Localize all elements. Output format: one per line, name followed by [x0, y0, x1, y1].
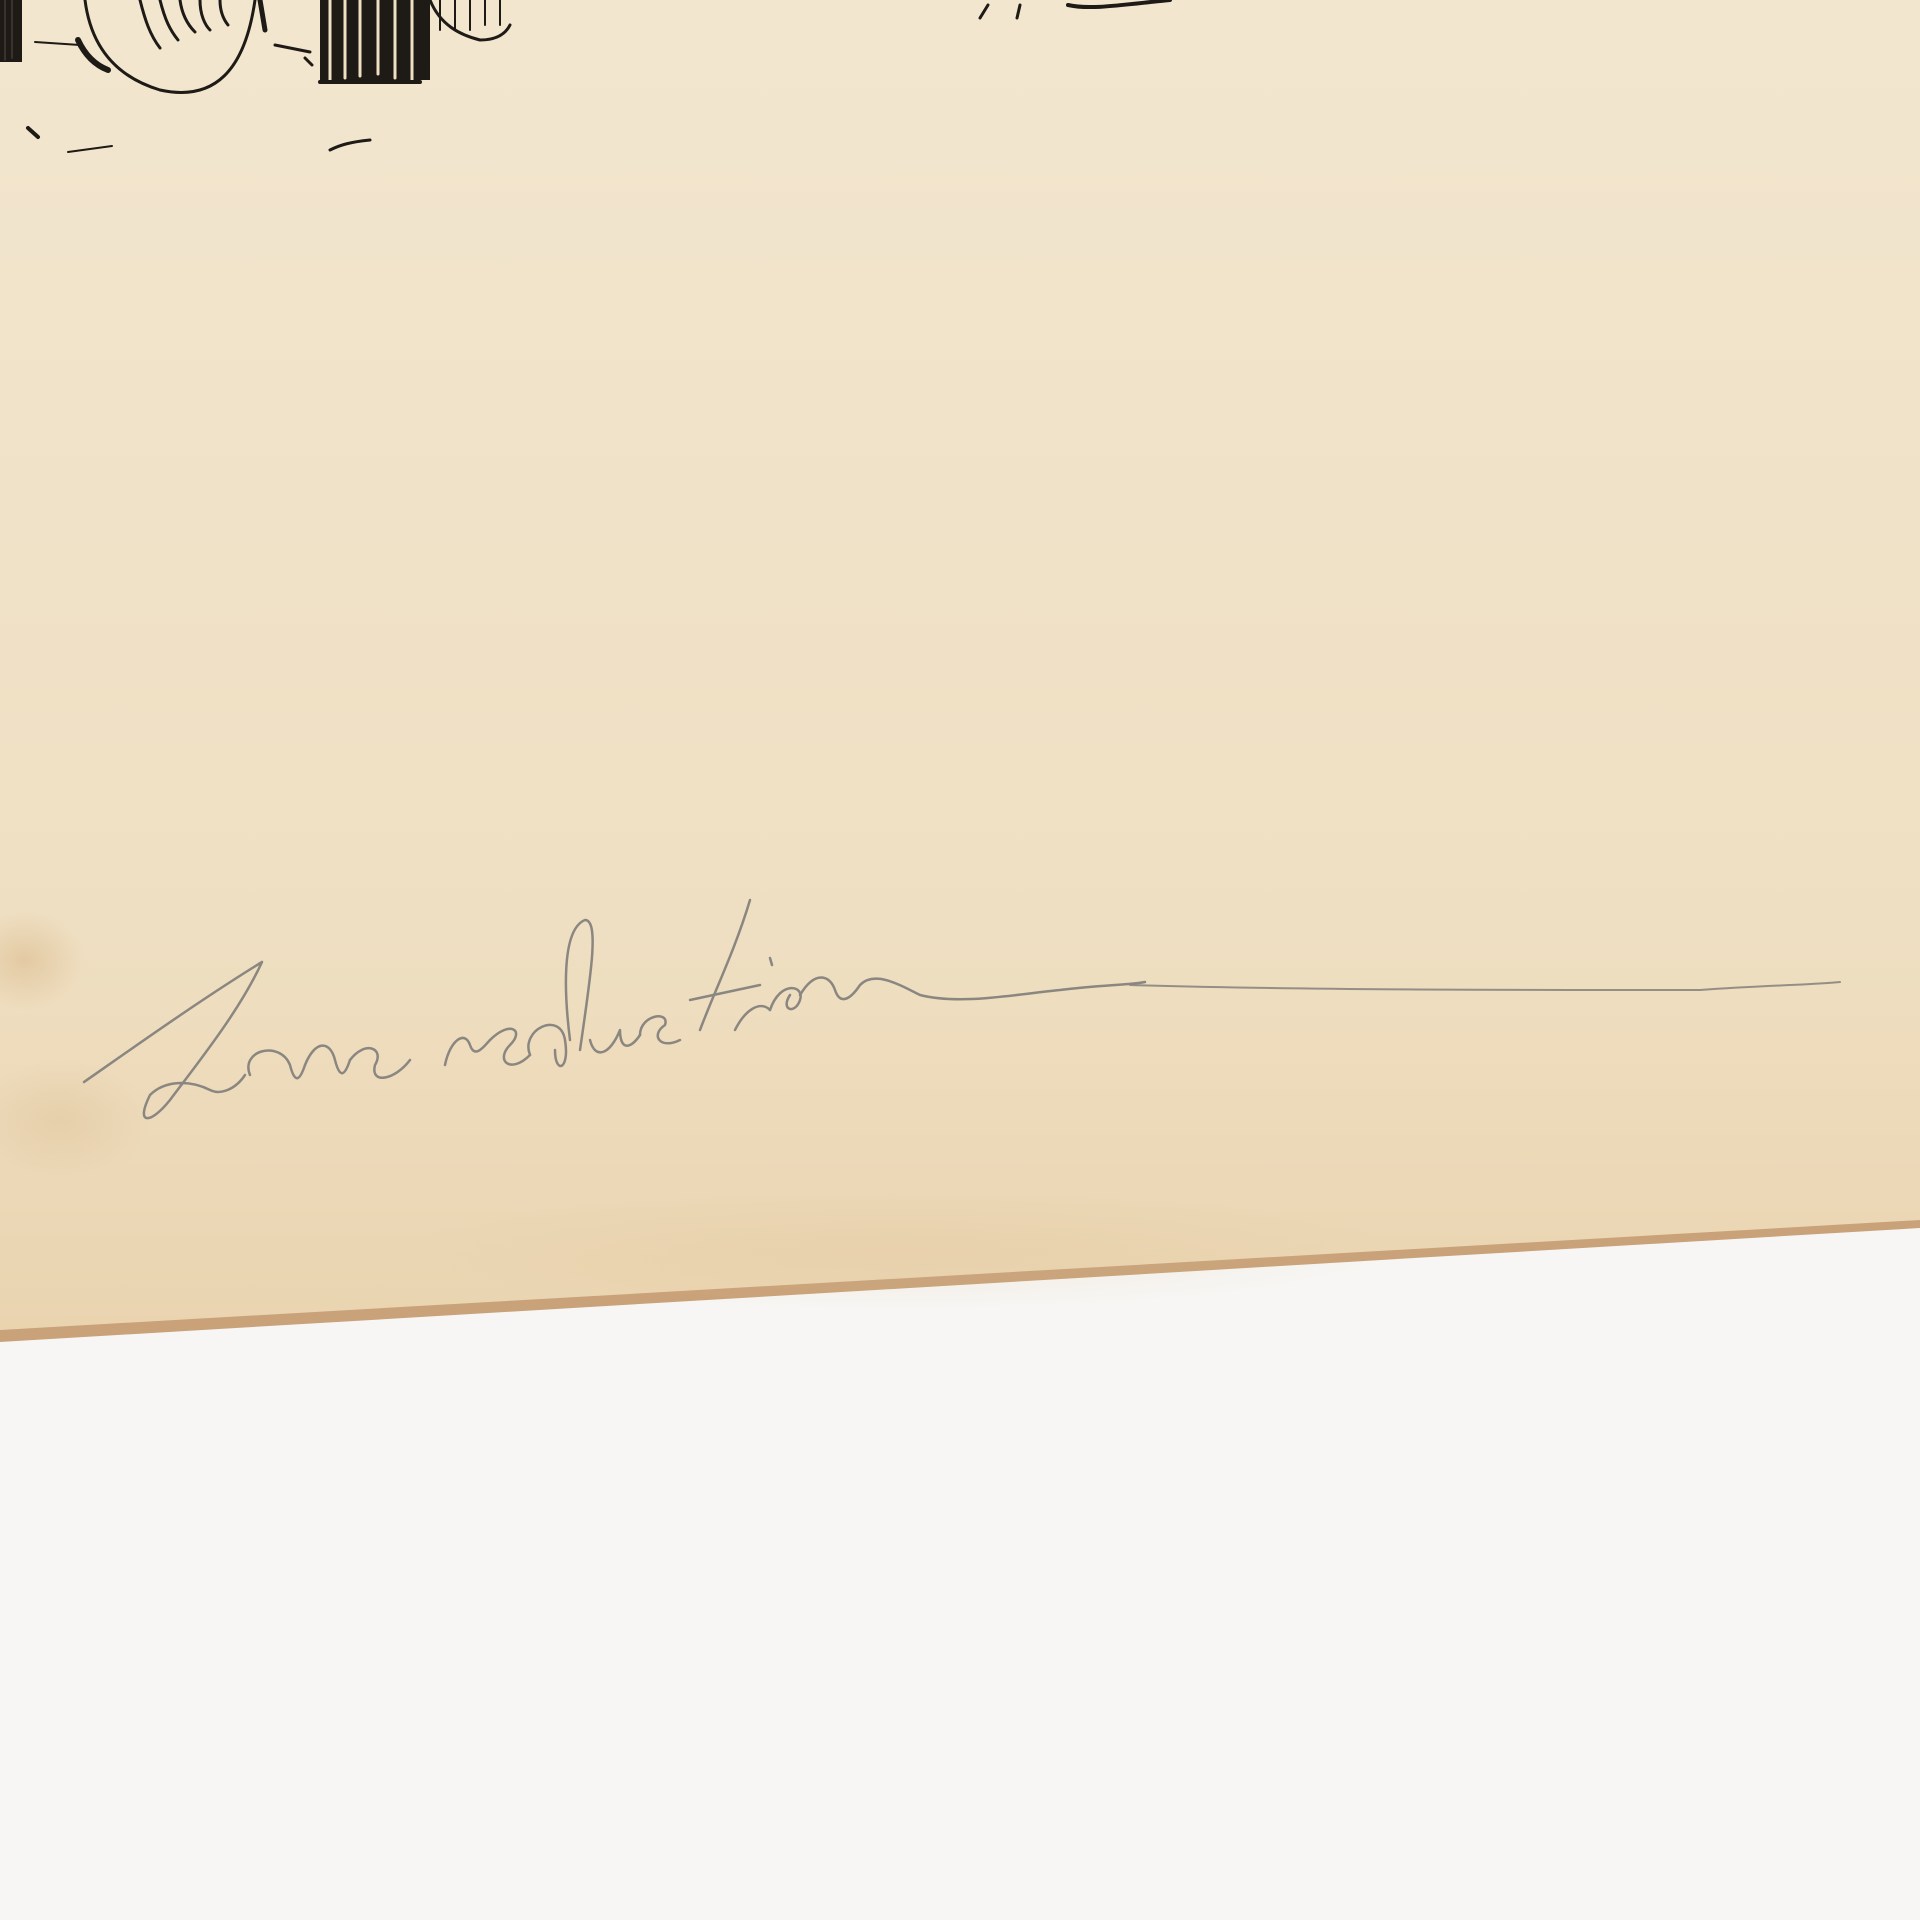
- artwork-svg: [0, 0, 1920, 1920]
- paper-sheet: [0, 0, 1920, 1342]
- photograph: sans reduction: [0, 0, 1920, 1920]
